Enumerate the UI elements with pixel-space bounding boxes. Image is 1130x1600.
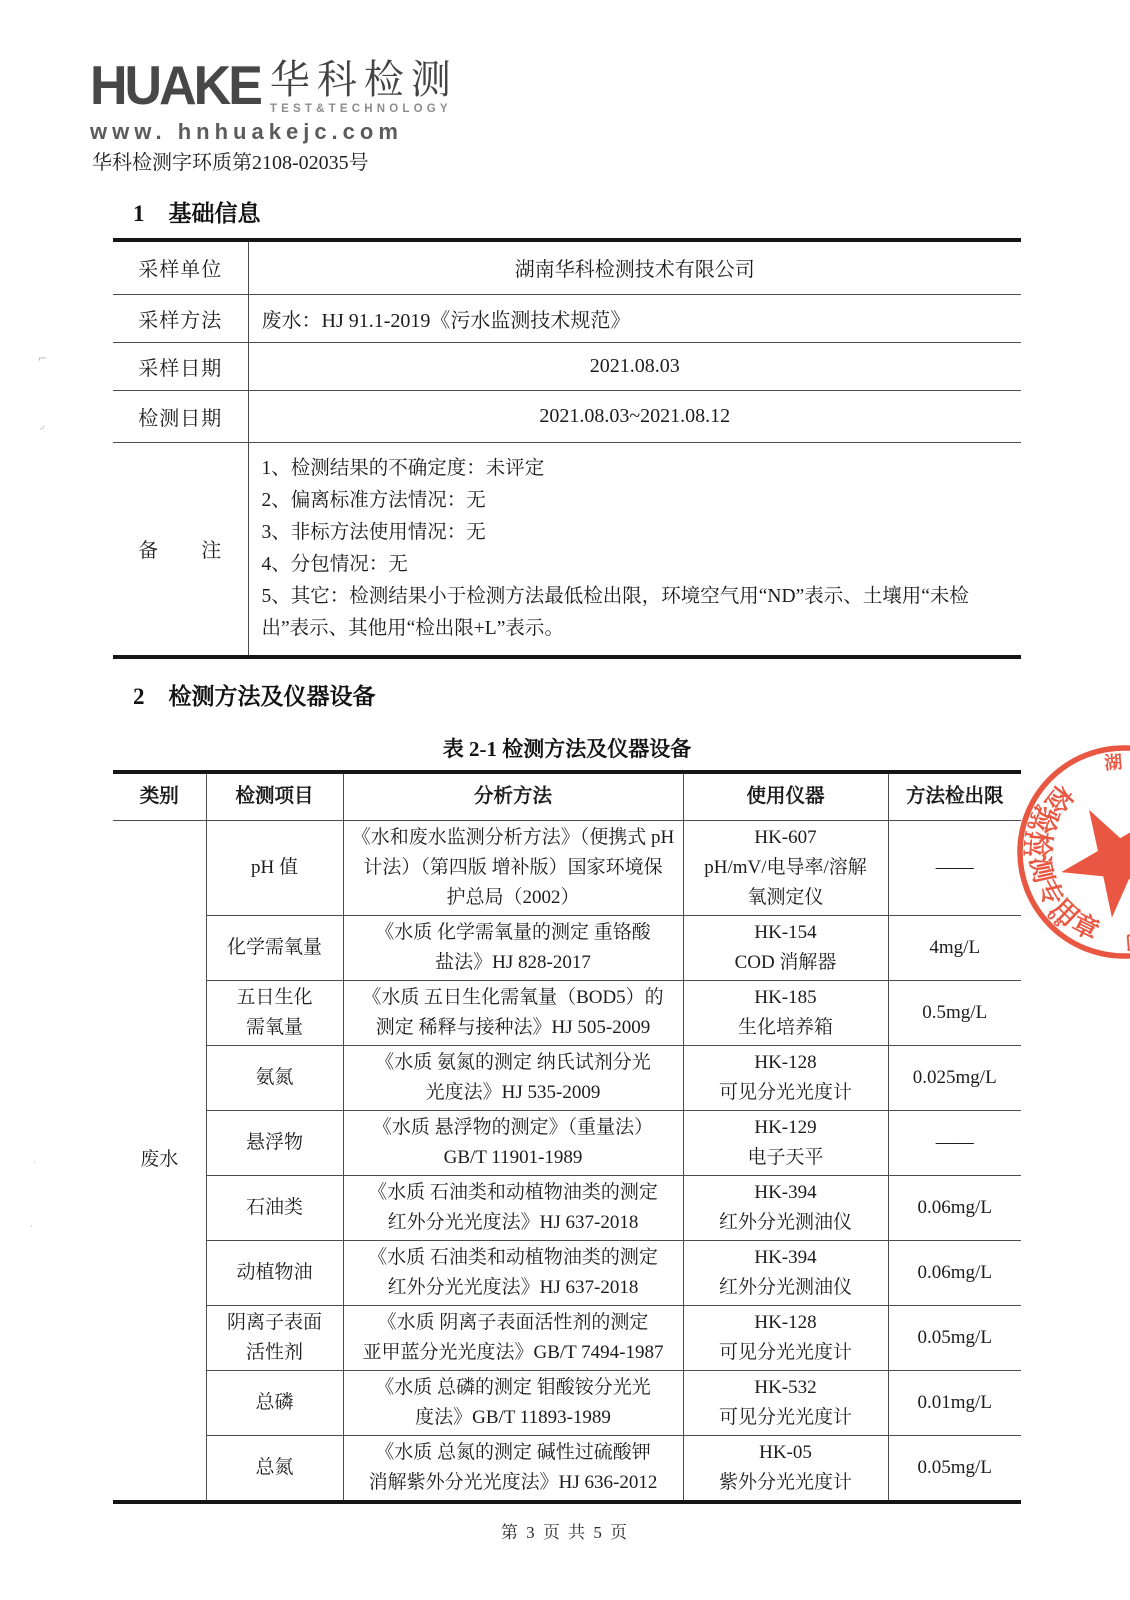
methods-instruments-table: 类别 检测项目 分析方法 使用仪器 方法检出限 废水 pH 值 《水和废水监测分… bbox=[113, 770, 1021, 1504]
seal-number-bottom: 08 bbox=[1044, 909, 1067, 932]
section2-number: 2 bbox=[133, 684, 145, 709]
limit-cell: 0.5mg/L bbox=[888, 980, 1021, 1045]
company-website: www. hnhuakejc.com bbox=[90, 119, 458, 145]
logo-tagline: TEST&TECHNOLOGY bbox=[270, 103, 458, 115]
item-cell: 化学需氧量 bbox=[206, 915, 343, 980]
scan-artifact: ⌐ bbox=[38, 352, 47, 365]
page-number: 第 3 页 共 5 页 bbox=[0, 1518, 1130, 1543]
row-label: 采样方法 bbox=[113, 294, 248, 342]
section1-heading: 1基础信息 bbox=[133, 195, 261, 228]
method-cell: 《水质 阴离子表面活性剂的测定 亚甲蓝分光光度法》GB/T 7494-1987 bbox=[343, 1305, 683, 1370]
remark-item: 5、其它：检测结果小于检测方法最低检出限，环境空气用“ND”表示、土壤用“未检 … bbox=[262, 581, 1016, 645]
table-row: 悬浮物 《水质 悬浮物的测定》（重量法） GB/T 11901-1989 HK-… bbox=[113, 1110, 1021, 1175]
row-value: 2021.08.03 bbox=[248, 342, 1021, 390]
instrument-cell: HK-532 可见分光光度计 bbox=[683, 1370, 888, 1435]
table-row: 动植物油 《水质 石油类和动植物油类的测定 红外分光光度法》HJ 637-201… bbox=[113, 1240, 1021, 1305]
seal-ring bbox=[1020, 748, 1130, 956]
basic-info-table: 采样单位 湖南华科检测技术有限公司 采样方法 废水：HJ 91.1-2019《污… bbox=[113, 238, 1021, 659]
scan-artifact: ◞ bbox=[40, 418, 44, 431]
limit-cell: 4mg/L bbox=[888, 915, 1021, 980]
table-row: 采样单位 湖南华科检测技术有限公司 bbox=[113, 240, 1021, 294]
item-cell: 阴离子表面 活性剂 bbox=[206, 1305, 343, 1370]
row-value: 2021.08.03~2021.08.12 bbox=[248, 390, 1021, 442]
item-cell: 石油类 bbox=[206, 1175, 343, 1240]
instrument-cell: HK-185 生化培养箱 bbox=[683, 980, 888, 1045]
item-cell: 氨氮 bbox=[206, 1045, 343, 1110]
limit-cell: 0.025mg/L bbox=[888, 1045, 1021, 1110]
row-value: 湖南华科检测技术有限公司 bbox=[248, 240, 1021, 294]
method-cell: 《水质 悬浮物的测定》（重量法） GB/T 11901-1989 bbox=[343, 1110, 683, 1175]
limit-cell: 0.05mg/L bbox=[888, 1305, 1021, 1370]
remark-item: 4、分包情况：无 bbox=[262, 549, 1016, 581]
instrument-cell: HK-607 pH/mV/电导率/溶解 氧测定仪 bbox=[683, 820, 888, 915]
section1-title: 基础信息 bbox=[169, 201, 261, 226]
limit-cell: —— bbox=[888, 1110, 1021, 1175]
section2-title: 检测方法及仪器设备 bbox=[169, 684, 376, 709]
item-cell: 五日生化 需氧量 bbox=[206, 980, 343, 1045]
item-cell: 总氮 bbox=[206, 1435, 343, 1502]
table-row: 氨氮 《水质 氨氮的测定 纳氏试剂分光 光度法》HJ 535-2009 HK-1… bbox=[113, 1045, 1021, 1110]
item-cell: 动植物油 bbox=[206, 1240, 343, 1305]
remark-item: 2、偏离标准方法情况：无 bbox=[262, 485, 1016, 517]
table-row: 总氮 《水质 总氮的测定 碱性过硫酸钾 消解紫外分光光度法》HJ 636-201… bbox=[113, 1435, 1021, 1502]
table-row: 采样日期 2021.08.03 bbox=[113, 342, 1021, 390]
table-row: 石油类 《水质 石油类和动植物油类的测定 红外分光光度法》HJ 637-2018… bbox=[113, 1175, 1021, 1240]
col-header-instrument: 使用仪器 bbox=[683, 772, 888, 820]
method-cell: 《水质 氨氮的测定 纳氏试剂分光 光度法》HJ 535-2009 bbox=[343, 1045, 683, 1110]
svg-text:检验检测专用章: 检验检测专用章 bbox=[1024, 780, 1105, 947]
method-cell: 《水质 化学需氧量的测定 重铬酸 盐法》HJ 828-2017 bbox=[343, 915, 683, 980]
instrument-cell: HK-394 红外分光测油仪 bbox=[683, 1175, 888, 1240]
table-row: 采样方法 废水：HJ 91.1-2019《污水监测技术规范》 bbox=[113, 294, 1021, 342]
method-cell: 《水质 石油类和动植物油类的测定 红外分光光度法》HJ 637-2018 bbox=[343, 1175, 683, 1240]
star-icon bbox=[1041, 782, 1130, 928]
limit-cell: 0.01mg/L bbox=[888, 1370, 1021, 1435]
method-cell: 《水质 石油类和动植物油类的测定 红外分光光度法》HJ 637-2018 bbox=[343, 1240, 683, 1305]
remark-item: 1、检测结果的不确定度：未评定 bbox=[262, 453, 1016, 485]
scan-artifact: · bbox=[33, 1158, 36, 1168]
item-cell: 总磷 bbox=[206, 1370, 343, 1435]
instrument-cell: HK-394 红外分光测油仪 bbox=[683, 1240, 888, 1305]
logo-wordmark: HUAKE bbox=[90, 59, 260, 114]
row-label: 采样日期 bbox=[113, 342, 248, 390]
limit-cell: 0.06mg/L bbox=[888, 1240, 1021, 1305]
category-cell: 废水 bbox=[113, 820, 206, 1502]
seal-number-top: 430111 bbox=[1020, 801, 1045, 858]
table-row: 五日生化 需氧量 《水质 五日生化需氧量（BOD5）的 测定 稀释与接种法》HJ… bbox=[113, 980, 1021, 1045]
table-row: 化学需氧量 《水质 化学需氧量的测定 重铬酸 盐法》HJ 828-2017 HK… bbox=[113, 915, 1021, 980]
seal-inner-text: 检验检测专用章 bbox=[1024, 780, 1105, 947]
instrument-cell: HK-154 COD 消解器 bbox=[683, 915, 888, 980]
header-row: 类别 检测项目 分析方法 使用仪器 方法检出限 bbox=[113, 772, 1021, 820]
table-caption: 表 2-1 检测方法及仪器设备 bbox=[113, 733, 1021, 763]
instrument-cell: HK-129 电子天平 bbox=[683, 1110, 888, 1175]
svg-text:湖南华科检测技术有限公司: 湖南华科检测技术有限公司 bbox=[1103, 750, 1130, 952]
col-header-category: 类别 bbox=[113, 772, 206, 820]
table-row: 检测日期 2021.08.03~2021.08.12 bbox=[113, 390, 1021, 442]
seal-outer-text: 湖南华科检测技术有限公司 bbox=[1103, 750, 1130, 952]
item-cell: 悬浮物 bbox=[206, 1110, 343, 1175]
remarks-label: 备 注 bbox=[113, 442, 248, 657]
method-cell: 《水质 总氮的测定 碱性过硫酸钾 消解紫外分光光度法》HJ 636-2012 bbox=[343, 1435, 683, 1502]
row-value: 废水：HJ 91.1-2019《污水监测技术规范》 bbox=[248, 294, 1021, 342]
method-cell: 《水和废水监测分析方法》（便携式 pH 计法）（第四版 增补版）国家环境保 护总… bbox=[343, 820, 683, 915]
remarks-content: 1、检测结果的不确定度：未评定 2、偏离标准方法情况：无 3、非标方法使用情况：… bbox=[248, 442, 1021, 657]
document-number: 华科检测字环质第2108-02035号 bbox=[92, 146, 369, 175]
limit-cell: 0.05mg/L bbox=[888, 1435, 1021, 1502]
svg-text:08: 08 bbox=[1044, 909, 1067, 932]
col-header-method: 分析方法 bbox=[343, 772, 683, 820]
method-cell: 《水质 五日生化需氧量（BOD5）的 测定 稀释与接种法》HJ 505-2009 bbox=[343, 980, 683, 1045]
limit-cell: —— bbox=[888, 820, 1021, 915]
instrument-cell: HK-05 紫外分光光度计 bbox=[683, 1435, 888, 1502]
table-row: 废水 pH 值 《水和废水监测分析方法》（便携式 pH 计法）（第四版 增补版）… bbox=[113, 820, 1021, 915]
col-header-limit: 方法检出限 bbox=[888, 772, 1021, 820]
section1-number: 1 bbox=[133, 201, 145, 226]
table-row: 总磷 《水质 总磷的测定 钼酸铵分光光 度法》GB/T 11893-1989 H… bbox=[113, 1370, 1021, 1435]
instrument-cell: HK-128 可见分光光度计 bbox=[683, 1305, 888, 1370]
section2-heading: 2检测方法及仪器设备 bbox=[133, 678, 376, 711]
svg-text:430111: 430111 bbox=[1020, 801, 1045, 858]
logo-cn-name: 华科检测 bbox=[270, 58, 458, 102]
item-cell: pH 值 bbox=[206, 820, 343, 915]
col-header-item: 检测项目 bbox=[206, 772, 343, 820]
method-cell: 《水质 总磷的测定 钼酸铵分光光 度法》GB/T 11893-1989 bbox=[343, 1370, 683, 1435]
remark-item: 3、非标方法使用情况：无 bbox=[262, 517, 1016, 549]
scan-artifact: · bbox=[30, 1222, 33, 1232]
company-logo: HUAKE 华科检测 TEST&TECHNOLOGY www. hnhuakej… bbox=[90, 58, 458, 145]
instrument-cell: HK-128 可见分光光度计 bbox=[683, 1045, 888, 1110]
remarks-row: 备 注 1、检测结果的不确定度：未评定 2、偏离标准方法情况：无 3、非标方法使… bbox=[113, 442, 1021, 657]
limit-cell: 0.06mg/L bbox=[888, 1175, 1021, 1240]
row-label: 检测日期 bbox=[113, 390, 248, 442]
report-page: HUAKE 华科检测 TEST&TECHNOLOGY www. hnhuakej… bbox=[0, 0, 1130, 1600]
row-label: 采样单位 bbox=[113, 240, 248, 294]
table-row: 阴离子表面 活性剂 《水质 阴离子表面活性剂的测定 亚甲蓝分光光度法》GB/T … bbox=[113, 1305, 1021, 1370]
